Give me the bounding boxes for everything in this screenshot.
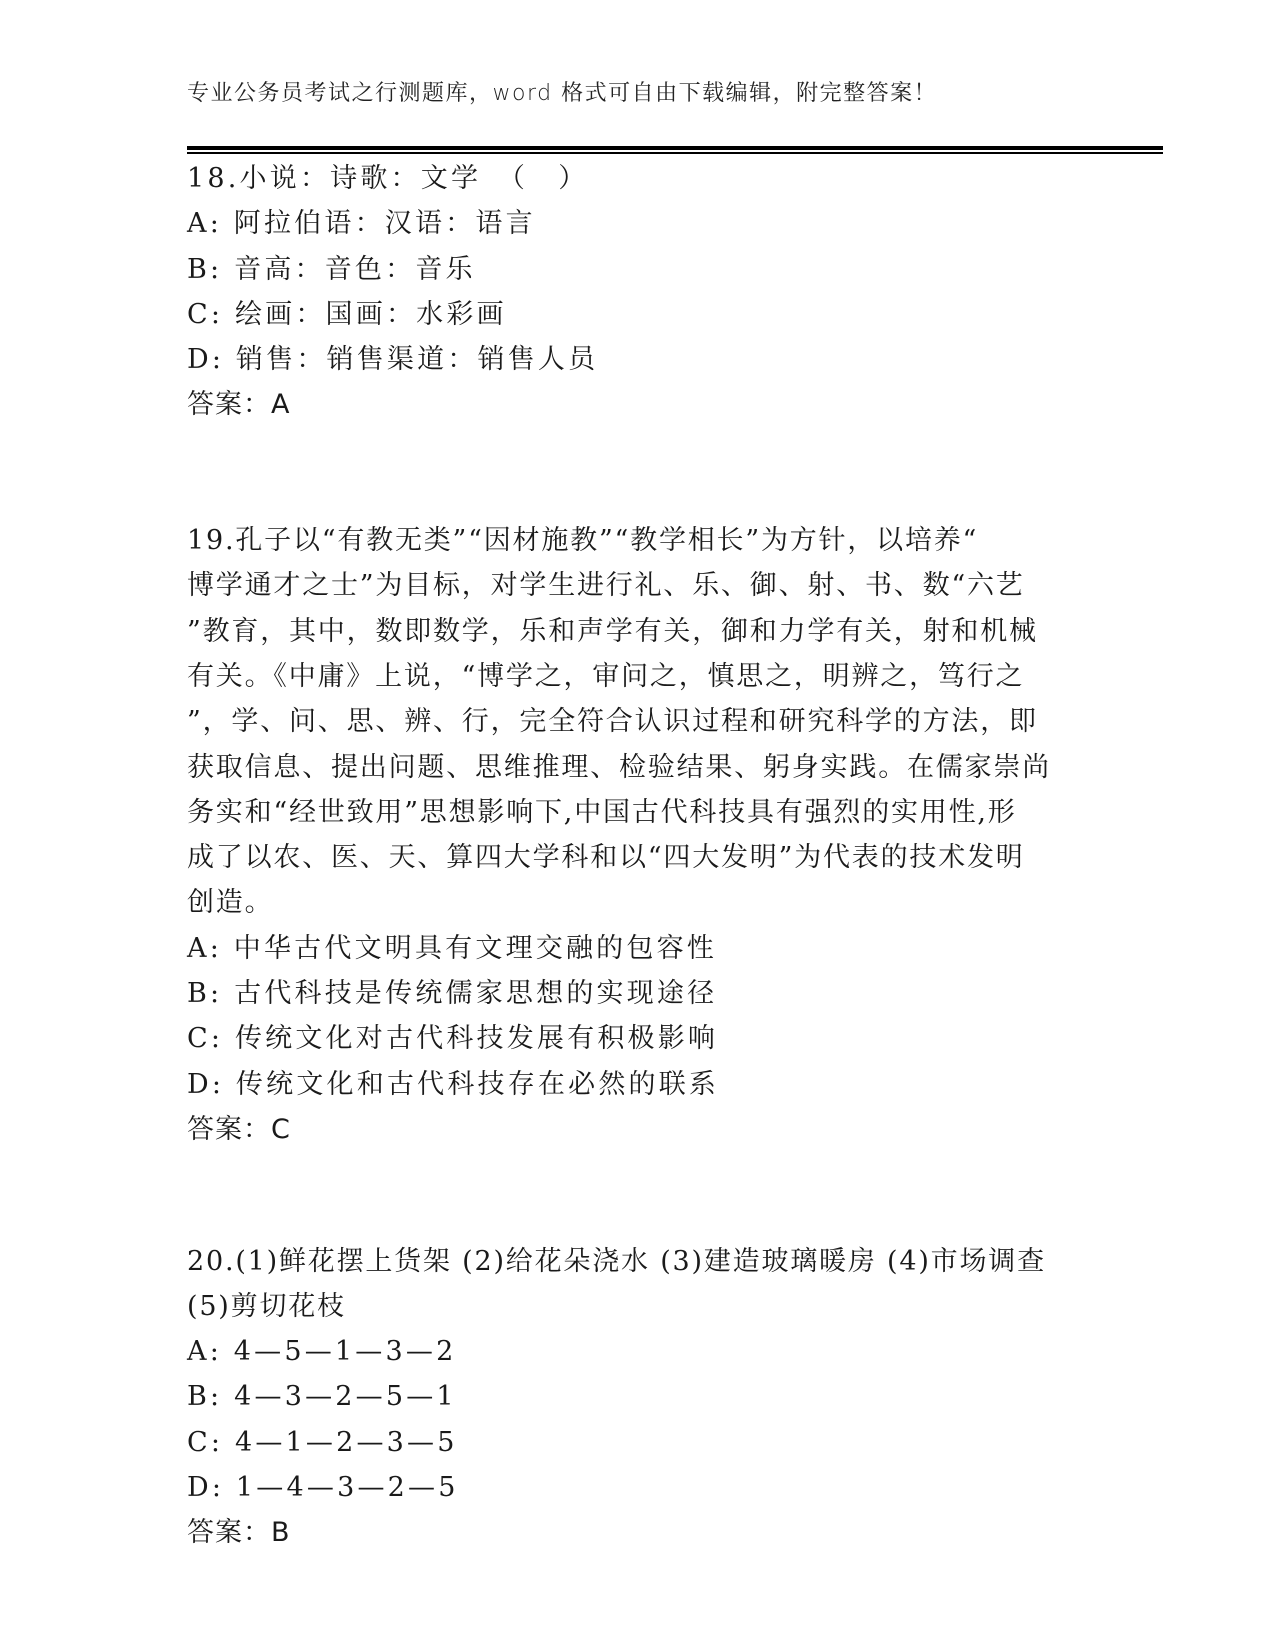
spacer <box>187 473 1067 518</box>
rule-thick-line <box>187 146 1163 150</box>
question-18: 18.小说：诗歌：文学 （ ） A: 阿拉伯语：汉语：语言 B: 音高：音色：音… <box>187 156 1067 428</box>
question-20-options: A: 4—5—1—3—2 B: 4—3—2—5—1 C: 4—1—2—3—5 D… <box>187 1329 1067 1555</box>
option-a: A: 中华古代文明具有文理交融的包容性 <box>187 926 1067 971</box>
spacer <box>187 428 1067 473</box>
question-stem: 18.小说：诗歌：文学 （ ） <box>187 156 1067 201</box>
question-stem-line: 19.孔子以“有教无类”“因材施教”“教学相长”为方针，以培养“ <box>187 518 1067 563</box>
question-stem-line: 成了以农、医、天、算四大学科和以“四大发明”为代表的技术发明 <box>187 835 1067 880</box>
spacer <box>187 1198 1067 1239</box>
question-19: 19.孔子以“有教无类”“因材施教”“教学相长”为方针，以培养“ 博学通才之士”… <box>187 518 1067 926</box>
question-stem-line: 有关。《中庸》上说，“博学之，审问之，慎思之，明辨之，笃行之 <box>187 654 1067 699</box>
option-c: C: 4—1—2—3—5 <box>187 1420 1067 1465</box>
option-d: D: 传统文化和古代科技存在必然的联系 <box>187 1062 1067 1107</box>
question-stem-line: (5)剪切花枝 <box>187 1284 1067 1329</box>
question-stem-line: 博学通才之士”为目标，对学生进行礼、乐、御、射、书、数“六艺 <box>187 563 1067 608</box>
answer-line: 答案：B <box>187 1510 1067 1555</box>
question-stem-line: 20.(1)鲜花摆上货架 (2)给花朵浇水 (3)建造玻璃暖房 (4)市场调查 <box>187 1239 1067 1284</box>
spacer <box>187 1152 1067 1197</box>
question-stem-line: ”，学、问、思、辨、行，完全符合认识过程和研究科学的方法，即 <box>187 699 1067 744</box>
question-stem-line: 创造。 <box>187 880 1067 925</box>
option-a: A: 阿拉伯语：汉语：语言 <box>187 201 1067 246</box>
option-c: C: 传统文化对古代科技发展有积极影响 <box>187 1016 1067 1061</box>
question-stem-line: 务实和“经世致用”思想影响下,中国古代科技具有强烈的实用性,形 <box>187 790 1067 835</box>
question-stem-line: ”教育，其中，数即数学，乐和声学有关，御和力学有关，射和机械 <box>187 609 1067 654</box>
answer-line: 答案：A <box>187 382 1067 427</box>
option-a: A: 4—5—1—3—2 <box>187 1329 1067 1374</box>
page-header-text: 专业公务员考试之行测题库，word 格式可自由下载编辑，附完整答案！ <box>187 76 937 107</box>
header-double-rule <box>187 146 1163 154</box>
option-d: D: 1—4—3—2—5 <box>187 1465 1067 1510</box>
option-d: D: 销售：销售渠道：销售人员 <box>187 337 1067 382</box>
question-20: 20.(1)鲜花摆上货架 (2)给花朵浇水 (3)建造玻璃暖房 (4)市场调查 … <box>187 1239 1067 1330</box>
question-19-options: A: 中华古代文明具有文理交融的包容性 B: 古代科技是传统儒家思想的实现途径 … <box>187 926 1067 1152</box>
question-list: 18.小说：诗歌：文学 （ ） A: 阿拉伯语：汉语：语言 B: 音高：音色：音… <box>187 156 1067 1556</box>
option-c: C: 绘画：国画：水彩画 <box>187 292 1067 337</box>
option-b: B: 古代科技是传统儒家思想的实现途径 <box>187 971 1067 1016</box>
option-b: B: 音高：音色：音乐 <box>187 247 1067 292</box>
rule-thin-line <box>187 152 1163 154</box>
question-stem-line: 获取信息、提出问题、思维推理、检验结果、躬身实践。在儒家崇尚 <box>187 745 1067 790</box>
option-b: B: 4—3—2—5—1 <box>187 1374 1067 1419</box>
answer-line: 答案：C <box>187 1107 1067 1152</box>
